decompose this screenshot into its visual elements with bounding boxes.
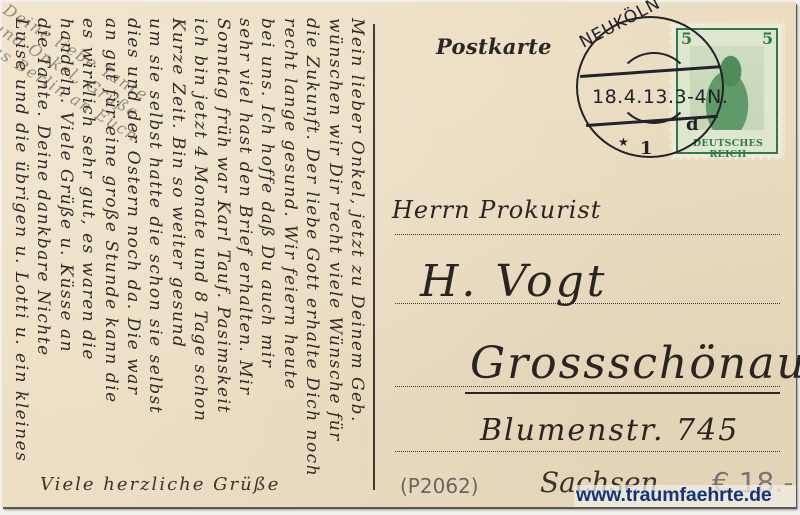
message-line: Luise und die übrigen u. Lotti u. ein kl…	[10, 18, 32, 498]
address-recipient-name: H. Vogt	[420, 256, 607, 307]
signature: Viele herzliche Grüße	[40, 474, 280, 495]
address-recipient-title: Herrn Prokurist	[392, 196, 601, 224]
star-icon: ★	[618, 135, 629, 149]
postmark-code: d	[686, 114, 699, 135]
address-line	[395, 234, 780, 235]
divider-line	[373, 24, 375, 490]
address-underline-solid	[465, 392, 780, 394]
message-area: Mein lieber Onkel, jetzt zu Deinem Geb.w…	[0, 4, 370, 504]
message-line: Kurze Zeit. Bin so weiter gesund	[166, 18, 188, 498]
message-line: Sonntag früh war Karl Tauf. Pasimskeit	[211, 18, 233, 498]
postmark-date: 18.4.13.3-4N.	[592, 86, 728, 108]
address-town: Grossschönau	[470, 338, 800, 389]
message-line: bei uns. Ich hoffe daß Du auch mir	[256, 18, 278, 498]
message-line: recht lange gesund. Wir feiern heute	[278, 18, 300, 498]
message-line: ich bin jetzt 4 Monate und 8 Tage schon	[189, 18, 211, 498]
address-line	[395, 451, 780, 452]
stamp-value-right: 5	[762, 29, 773, 48]
pencil-reference-number: (P2062)	[400, 474, 479, 498]
address-street: Blumenstr. 745	[480, 413, 739, 448]
postmark-office-number: 1	[640, 138, 653, 159]
watermark-link[interactable]: www.traumfaehrte.de	[576, 484, 772, 507]
card-title: Postkarte	[436, 34, 552, 59]
message-line: sehr viel hast den Brief erhalten. Mir	[234, 18, 256, 498]
